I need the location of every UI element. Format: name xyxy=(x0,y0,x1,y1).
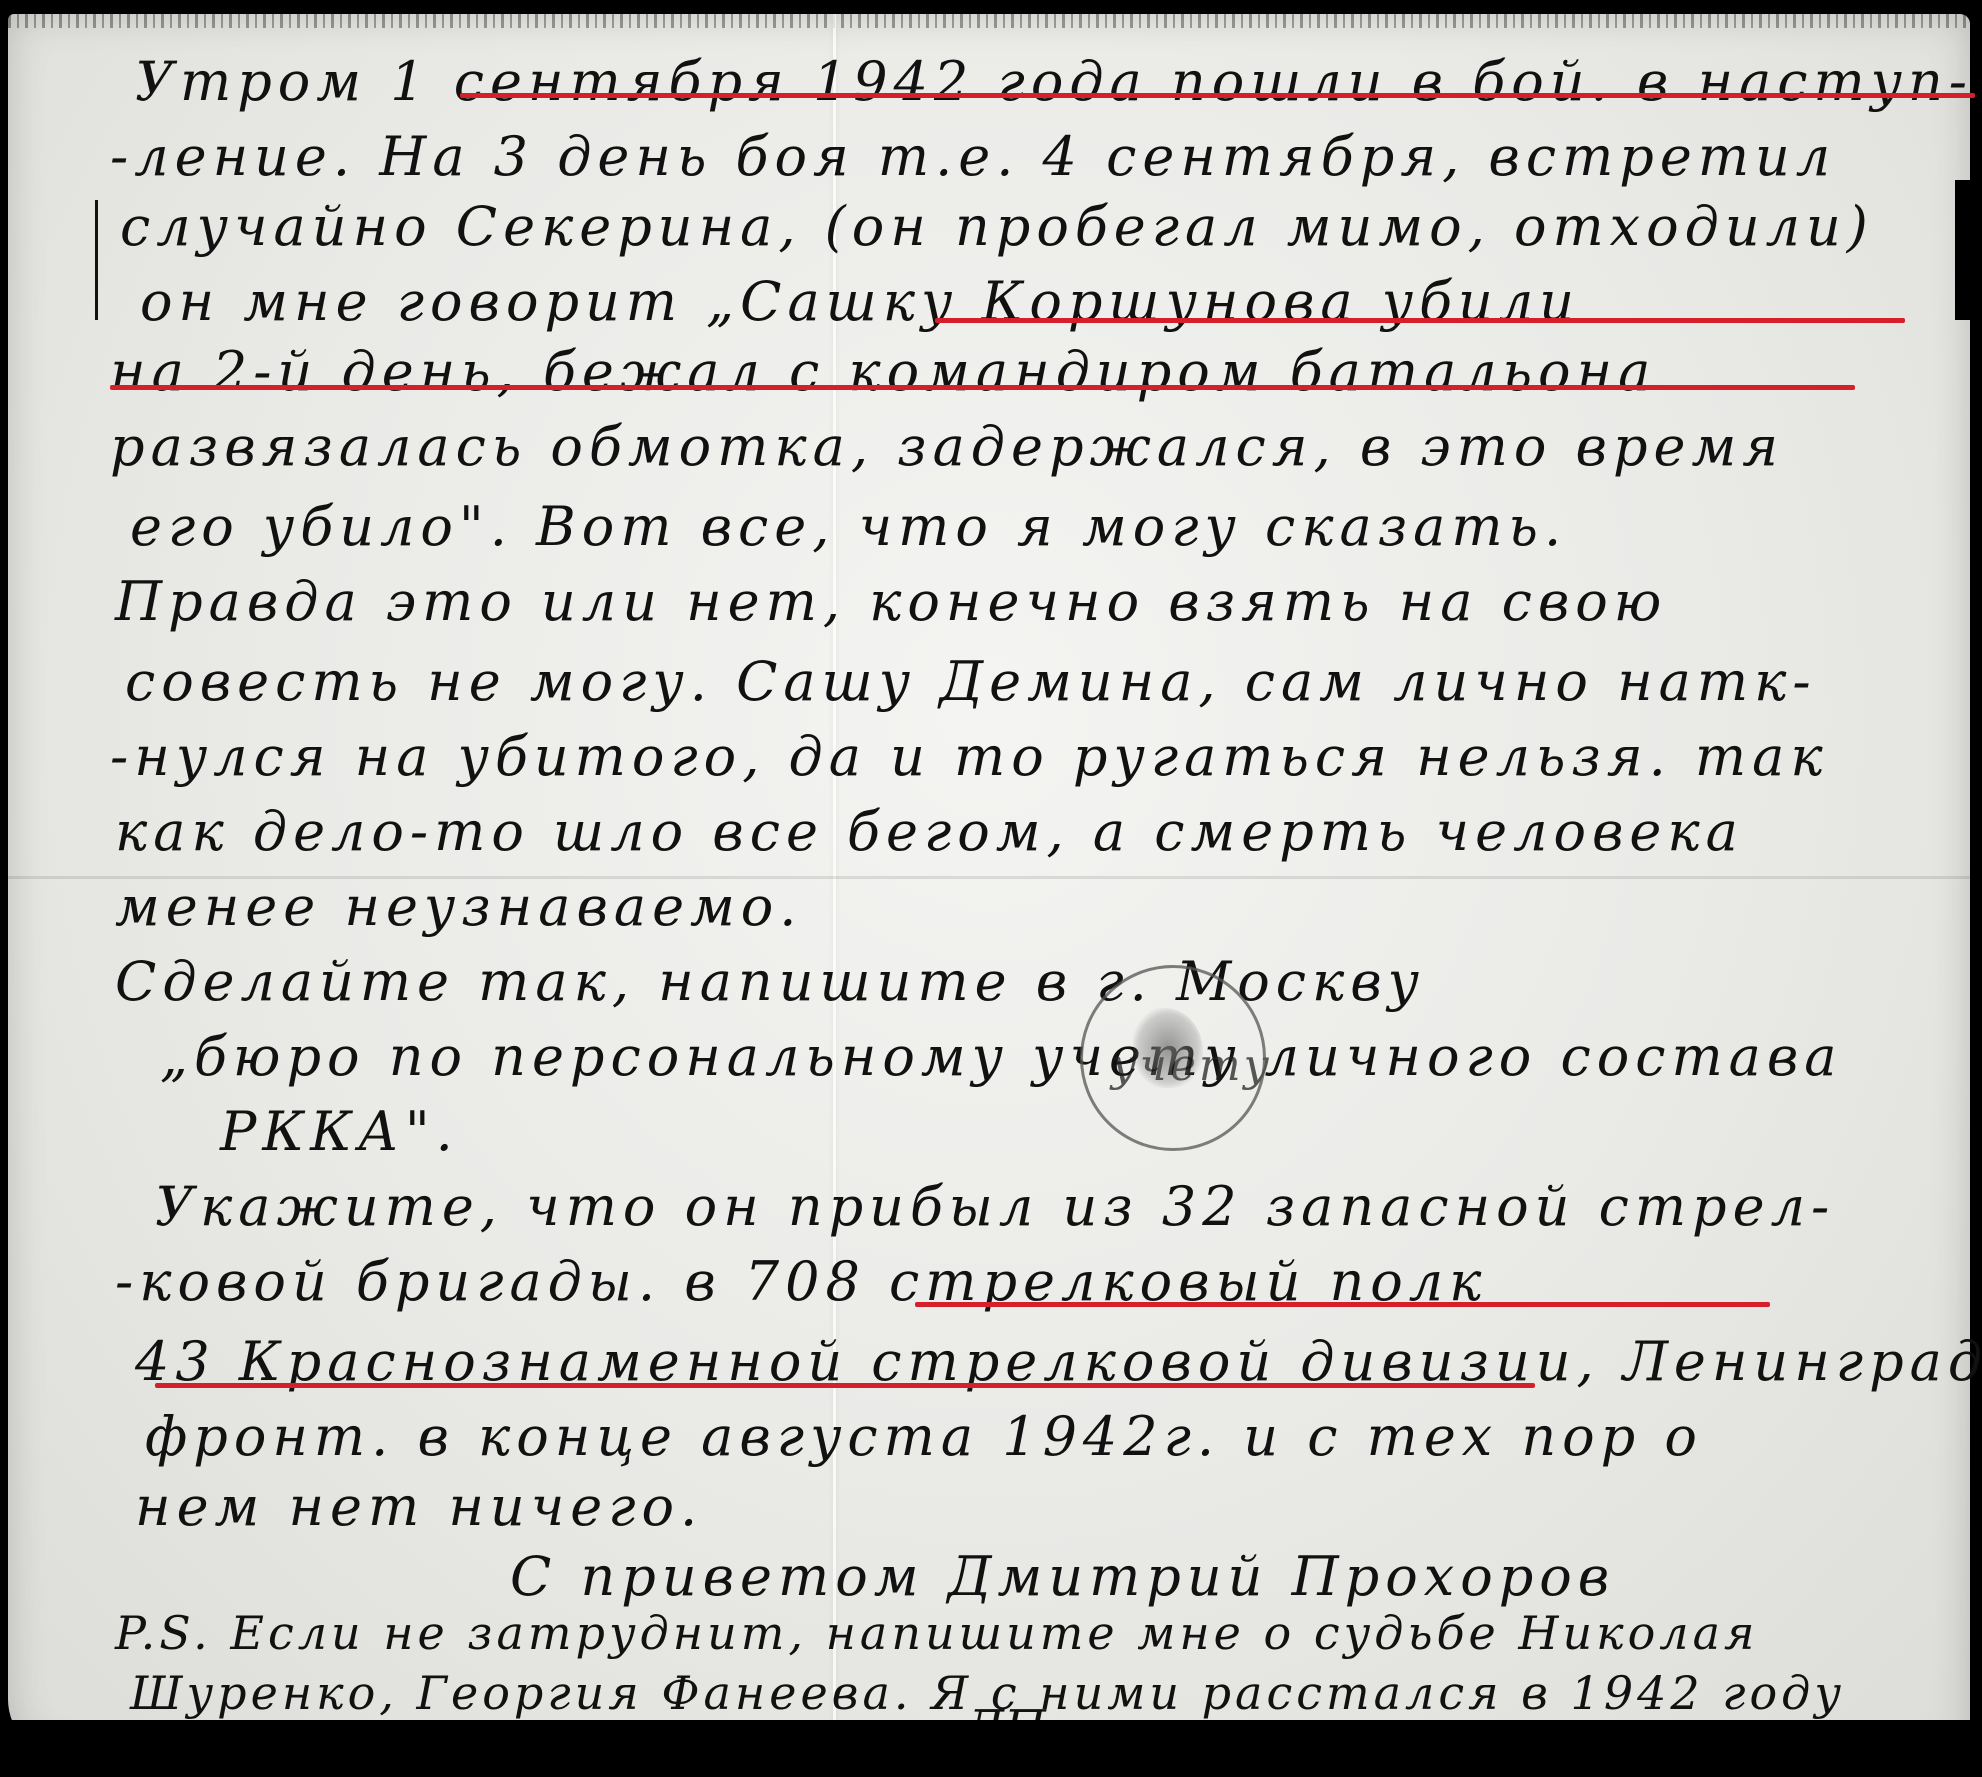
letter-line-7: его убило". Вот все, что я могу сказать. xyxy=(130,500,1567,554)
letter-line-3: случайно Секерина, (он пробегал мимо, от… xyxy=(120,200,1874,254)
letter-line-16: Укажите, что он прибыл из 32 запасной ст… xyxy=(155,1180,1835,1234)
letter-line-6: развязалась обмотка, задержался, в это в… xyxy=(110,420,1784,474)
letter-line-18: 43 Краснознаменной стрелковой дивизии, Л… xyxy=(135,1335,1982,1389)
red-underline-division xyxy=(155,1383,1535,1388)
postscript-line-1: P.S. Если не затруднит, напишите мне о с… xyxy=(115,1610,1758,1656)
letter-line-2: -ление. На 3 день боя т.е. 4 сентября, в… xyxy=(110,130,1836,184)
signature-line: С приветом Дмитрий Прохоров xyxy=(510,1550,1615,1604)
stamp-overwritten-word: учету xyxy=(1111,1040,1272,1091)
letter-line-11: как дело-то шло все бегом, а смерть чело… xyxy=(115,805,1744,859)
letter-line-17: -ковой бригады. в 708 стрелковый полк xyxy=(115,1255,1487,1309)
bottom-torn-edge xyxy=(0,1720,1982,1777)
letter-line-12: менее неузнаваемо. xyxy=(115,880,802,934)
letter-line-9: совесть не могу. Сашу Демина, сам лично … xyxy=(125,655,1817,709)
letter-line-10: -нулся на убитого, да и то ругаться нель… xyxy=(110,730,1829,784)
letter-line-20: нем нет ничего. xyxy=(135,1480,703,1534)
letter-line-5: на 2-й день, бежал с командиром батальон… xyxy=(110,345,1656,399)
letter-line-19: фронт. в конце августа 1942г. и с тех по… xyxy=(145,1410,1703,1464)
red-underline-battalion xyxy=(110,385,1855,390)
right-edge-tear xyxy=(1955,180,1982,320)
round-stamp: учету xyxy=(1080,965,1266,1151)
red-underline-korshunov xyxy=(935,318,1905,323)
red-underline-date xyxy=(460,93,1975,98)
letter-line-8: Правда это или нет, конечно взять на сво… xyxy=(115,575,1667,629)
letter-line-1: Утром 1 сентября 1942 года пошли в бой. … xyxy=(135,55,1973,109)
letter-line-14: „бюро по персональному учету личного сос… xyxy=(160,1030,1843,1084)
red-underline-regiment xyxy=(915,1302,1770,1307)
letter-line-15: РККА". xyxy=(220,1105,459,1159)
margin-bracket-mark xyxy=(95,200,98,320)
